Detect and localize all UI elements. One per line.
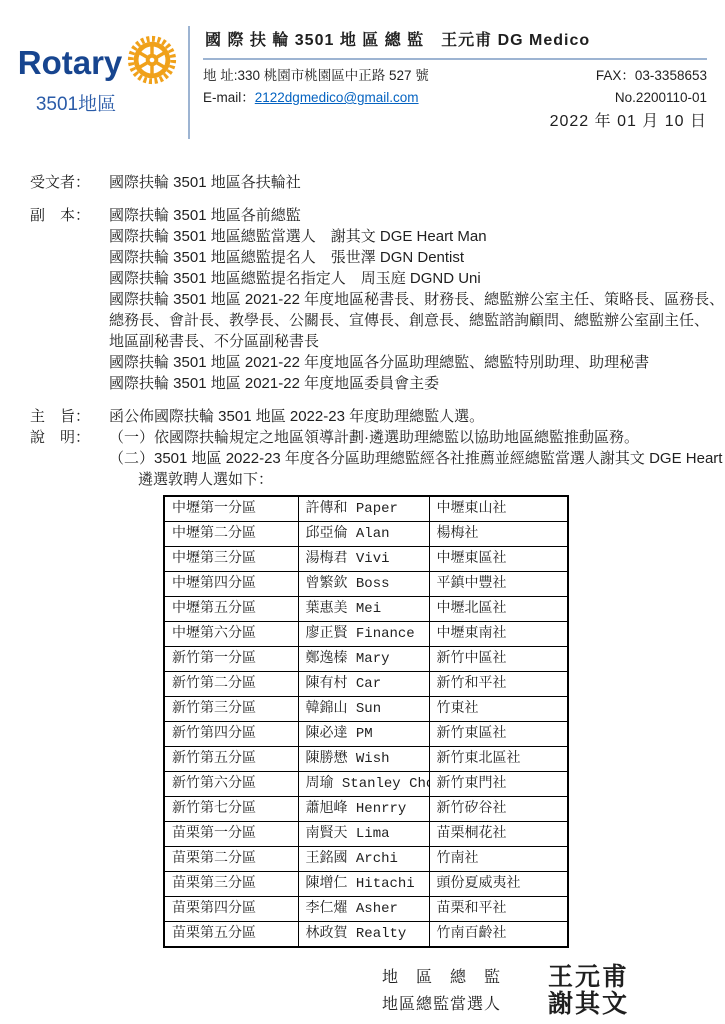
name-cell: 蕭旭峰 Henrry	[298, 797, 429, 822]
table-body: 中壢第一分區 許傳和 Paper 中壢東山社 中壢第二分區 邱亞倫 Alan 楊…	[164, 496, 568, 947]
recipient-label: 受文者：	[30, 172, 109, 193]
district-cell: 苗栗第三分區	[164, 872, 298, 897]
cc-line: 國際扶輪 3501 地區 2021-22 年度地區委員會主委	[109, 373, 724, 394]
name-cell: 曾繁欽 Boss	[298, 572, 429, 597]
district-cell: 新竹第四分區	[164, 722, 298, 747]
cc-list: 國際扶輪 3501 地區各前總監國際扶輪 3501 地區總監當選人 謝其文 DG…	[109, 205, 724, 394]
cc-line: 總務長、會計長、教學長、公關長、宣傳長、創意長、總監諮詢顧問、總監辦公室副主任、	[109, 310, 724, 331]
club-cell: 頭份夏威夷社	[429, 872, 568, 897]
name-cell: 王銘國 Archi	[298, 847, 429, 872]
table-row: 苗栗第二分區 王銘國 Archi 竹南社	[164, 847, 568, 872]
table-row: 苗栗第四分區 李仁燿 Asher 苗栗和平社	[164, 897, 568, 922]
name-cell: 陳增仁 Hitachi	[298, 872, 429, 897]
club-cell: 竹南社	[429, 847, 568, 872]
district-cell: 新竹第五分區	[164, 747, 298, 772]
club-cell: 新竹東北區社	[429, 747, 568, 772]
subject-row: 主 旨： 函公佈國際扶輪 3501 地區 2022-23 年度助理總監人選。	[30, 406, 707, 427]
explanation-item-1: （一）依國際扶輪規定之地區領導計劃·遴選助理總監以協助地區總監推動區務。	[109, 427, 725, 448]
table-row: 中壢第三分區 湯梅君 Vivi 中壢東區社	[164, 547, 568, 572]
signature-block: 地 區 總 監 王元甫 地區總監當選人 謝其文	[382, 964, 707, 1018]
signature-name: 王元甫	[548, 967, 629, 988]
club-cell: 中壢東山社	[429, 496, 568, 522]
table-row: 苗栗第一分區 南賢天 Lima 苗栗桐花社	[164, 822, 568, 847]
district-cell: 新竹第七分區	[164, 797, 298, 822]
reference-block: FAX：03-3358653 No.2200110-01 2022 年 01 月…	[550, 65, 707, 133]
club-cell: 新竹中區社	[429, 647, 568, 672]
club-cell: 苗栗和平社	[429, 897, 568, 922]
table-row: 中壢第二分區 邱亞倫 Alan 楊梅社	[164, 522, 568, 547]
signature-name: 謝其文	[548, 994, 629, 1015]
club-cell: 苗栗桐花社	[429, 822, 568, 847]
club-cell: 新竹矽谷社	[429, 797, 568, 822]
letterhead-info: 國 際 扶 輪 3501 地 區 總 監 王元甫 DG Medico 地 址:3…	[188, 26, 707, 139]
signature-row: 地 區 總 監 王元甫	[382, 964, 707, 991]
recipient-row: 受文者： 國際扶輪 3501 地區各扶輪社	[30, 172, 707, 193]
assistant-governor-table: 中壢第一分區 許傳和 Paper 中壢東山社 中壢第二分區 邱亞倫 Alan 楊…	[163, 495, 569, 948]
club-cell: 平鎮中豐社	[429, 572, 568, 597]
club-cell: 竹南百齡社	[429, 922, 568, 948]
table-row: 新竹第六分區 周瑜 Stanley Chou 新竹東門社	[164, 772, 568, 797]
name-cell: 廖正賢 Finance	[298, 622, 429, 647]
district-cell: 苗栗第五分區	[164, 922, 298, 948]
cc-line: 國際扶輪 3501 地區各前總監	[109, 205, 724, 226]
doc-number: No.2200110-01	[550, 87, 707, 109]
cc-line: 國際扶輪 3501 地區 2021-22 年度地區秘書長、財務長、總監辦公室主任…	[109, 289, 724, 310]
address-line: 地 址:330 桃園市桃園區中正路 527 號	[203, 65, 429, 87]
name-cell: 鄭逸榛 Mary	[298, 647, 429, 672]
table-row: 中壢第一分區 許傳和 Paper 中壢東山社	[164, 496, 568, 522]
email-link[interactable]: 2122dgmedico@gmail.com	[255, 90, 419, 105]
table-row: 苗栗第五分區 林政賀 Realty 竹南百齡社	[164, 922, 568, 948]
name-cell: 葉惠美 Mei	[298, 597, 429, 622]
explanation-item-2: （二）3501 地區 2022-23 年度各分區助理總監經各社推薦並經總監當選人…	[109, 448, 725, 469]
table-row: 新竹第一分區 鄭逸榛 Mary 新竹中區社	[164, 647, 568, 672]
table-row: 苗栗第三分區 陳增仁 Hitachi 頭份夏威夷社	[164, 872, 568, 897]
explanation-row: 說 明： （一）依國際扶輪規定之地區領導計劃·遴選助理總監以協助地區總監推動區務…	[30, 427, 707, 490]
district-cell: 中壢第四分區	[164, 572, 298, 597]
club-cell: 中壢東南社	[429, 622, 568, 647]
name-cell: 林政賀 Realty	[298, 922, 429, 948]
cc-line: 國際扶輪 3501 地區總監當選人 謝其文 DGE Heart Man	[109, 226, 724, 247]
club-cell: 新竹和平社	[429, 672, 568, 697]
fax-line: FAX：03-3358653	[550, 65, 707, 87]
cc-label: 副 本：	[30, 205, 109, 226]
district-cell: 苗栗第二分區	[164, 847, 298, 872]
table-row: 中壢第六分區 廖正賢 Finance 中壢東南社	[164, 622, 568, 647]
signature-title: 地 區 總 監	[382, 967, 510, 988]
name-cell: 韓錦山 Sun	[298, 697, 429, 722]
district-cell: 中壢第一分區	[164, 496, 298, 522]
table-row: 新竹第二分區 陳有村 Car 新竹和平社	[164, 672, 568, 697]
name-cell: 周瑜 Stanley Chou	[298, 772, 429, 797]
club-cell: 竹東社	[429, 697, 568, 722]
signature-row: 地區總監當選人 謝其文	[382, 991, 707, 1018]
letter-title: 國 際 扶 輪 3501 地 區 總 監 王元甫 DG Medico	[203, 28, 707, 60]
club-cell: 新竹東門社	[429, 772, 568, 797]
district-cell: 中壢第六分區	[164, 622, 298, 647]
cc-row: 副 本： 國際扶輪 3501 地區各前總監國際扶輪 3501 地區總監當選人 謝…	[30, 205, 707, 394]
table-row: 中壢第五分區 葉惠美 Mei 中壢北區社	[164, 597, 568, 622]
email-line: E-mail：2122dgmedico@gmail.com	[203, 87, 429, 109]
table-row: 新竹第五分區 陳勝懋 Wish 新竹東北區社	[164, 747, 568, 772]
name-cell: 南賢天 Lima	[298, 822, 429, 847]
recipient-value: 國際扶輪 3501 地區各扶輪社	[109, 172, 301, 193]
district-cell: 新竹第六分區	[164, 772, 298, 797]
district-cell: 新竹第三分區	[164, 697, 298, 722]
letter-page: Rotary	[0, 0, 725, 1024]
email-label: E-mail：	[203, 90, 255, 105]
contact-block: 地 址:330 桃園市桃園區中正路 527 號 E-mail：2122dgmed…	[203, 65, 429, 133]
district-cell: 苗栗第一分區	[164, 822, 298, 847]
rotary-wheel-icon	[126, 34, 178, 92]
cc-line: 國際扶輪 3501 地區總監提名人 張世澤 DGN Dentist	[109, 247, 724, 268]
cc-line: 國際扶輪 3501 地區總監提名指定人 周玉庭 DGND Uni	[109, 268, 724, 289]
rotary-brand-text: Rotary	[18, 45, 123, 81]
name-cell: 陳必達 PM	[298, 722, 429, 747]
name-cell: 李仁燿 Asher	[298, 897, 429, 922]
name-cell: 邱亞倫 Alan	[298, 522, 429, 547]
club-cell: 中壢北區社	[429, 597, 568, 622]
district-cell: 中壢第三分區	[164, 547, 298, 572]
district-cell: 苗栗第四分區	[164, 897, 298, 922]
cc-line: 國際扶輪 3501 地區 2021-22 年度地區各分區助理總監、總監特別助理、…	[109, 352, 724, 373]
table-row: 中壢第四分區 曾繁欽 Boss 平鎮中豐社	[164, 572, 568, 597]
club-cell: 楊梅社	[429, 522, 568, 547]
rotary-logo: Rotary	[14, 26, 182, 139]
explanation-item-2-cont: 遴選敦聘人選如下：	[109, 469, 725, 490]
district-cell: 新竹第一分區	[164, 647, 298, 672]
district-cell: 新竹第二分區	[164, 672, 298, 697]
district-cell: 中壢第五分區	[164, 597, 298, 622]
table-row: 新竹第四分區 陳必達 PM 新竹東區社	[164, 722, 568, 747]
club-cell: 中壢東區社	[429, 547, 568, 572]
name-cell: 陳勝懋 Wish	[298, 747, 429, 772]
subject-label: 主 旨：	[30, 406, 109, 427]
explanation-lines: （一）依國際扶輪規定之地區領導計劃·遴選助理總監以協助地區總監推動區務。 （二）…	[109, 427, 725, 490]
name-cell: 許傳和 Paper	[298, 496, 429, 522]
name-cell: 湯梅君 Vivi	[298, 547, 429, 572]
name-cell: 陳有村 Car	[298, 672, 429, 697]
table-row: 新竹第七分區 蕭旭峰 Henrry 新竹矽谷社	[164, 797, 568, 822]
district-cell: 中壢第二分區	[164, 522, 298, 547]
letter-date: 2022 年 01 月 10 日	[550, 111, 707, 133]
club-cell: 新竹東區社	[429, 722, 568, 747]
subject-text: 函公佈國際扶輪 3501 地區 2022-23 年度助理總監人選。	[109, 406, 484, 427]
table-row: 新竹第三分區 韓錦山 Sun 竹東社	[164, 697, 568, 722]
cc-line: 地區副秘書長、不分區副秘書長	[109, 331, 724, 352]
letterhead: Rotary	[0, 0, 725, 139]
letter-body: 受文者： 國際扶輪 3501 地區各扶輪社 副 本： 國際扶輪 3501 地區各…	[0, 139, 725, 1018]
rotary-district-text: 3501地區	[14, 94, 182, 115]
explanation-label: 說 明：	[30, 427, 109, 448]
signature-title: 地區總監當選人	[382, 994, 510, 1015]
